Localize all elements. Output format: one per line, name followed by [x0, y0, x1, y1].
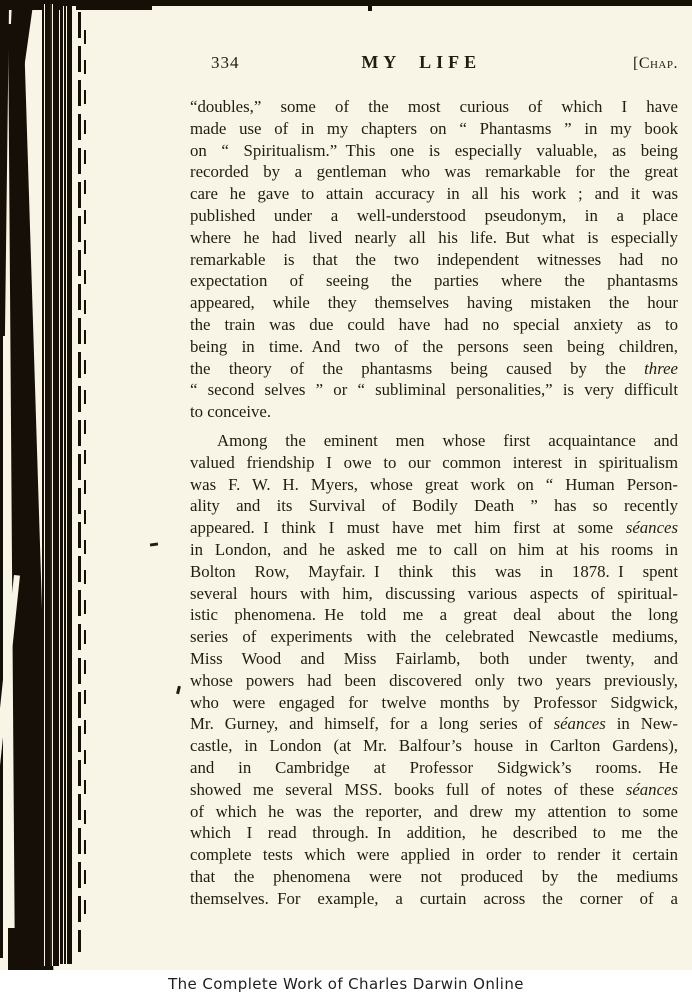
- caption-band: The Complete Work of Charles Darwin Onli…: [0, 970, 692, 998]
- text-line: ality and its Survival of Bodily Death ”…: [190, 495, 678, 517]
- text-line: the train was due could have had no spec…: [190, 314, 678, 336]
- scan-speck: [176, 686, 181, 694]
- scanned-book-page: 334 MY LIFE [Chap. “doubles,” some of th…: [0, 0, 692, 970]
- gutter-stripe: [84, 30, 86, 930]
- text-line: on “ Spiritualism.” This one is especial…: [190, 140, 678, 162]
- gutter-stripe: [78, 12, 81, 952]
- text-line: series of experiments with the celebrate…: [190, 626, 678, 648]
- scan-speck: [368, 6, 372, 11]
- text-line: showed me several MSS. books full of not…: [190, 779, 678, 801]
- text-line: made use of in my chapters on “ Phantasm…: [190, 118, 678, 140]
- text-line: recorded by a gentleman who was remarkab…: [190, 161, 678, 183]
- text-line: Among the eminent men whose first acquai…: [190, 430, 678, 452]
- page-header: 334 MY LIFE [Chap.: [190, 52, 678, 73]
- text-line: valued friendship I owe to our common in…: [190, 452, 678, 474]
- chapter-marker: [Chap.: [633, 55, 678, 73]
- text-line: complete tests which were applied in ord…: [190, 844, 678, 866]
- gutter-stripe: [0, 6, 3, 958]
- text-line: Mr. Gurney, and himself, for a long seri…: [190, 713, 678, 735]
- paragraph: Among the eminent men whose first acquai…: [190, 430, 678, 910]
- text-line: “ second selves ” or “ subliminal person…: [190, 379, 678, 401]
- text-line: of which he was the reporter, and drew m…: [190, 801, 678, 823]
- text-line: themselves. For example, a curtain acros…: [190, 888, 678, 910]
- text-line: istic phenomena. He told me a great deal…: [190, 604, 678, 626]
- text-line: where he had lived nearly all his life. …: [190, 227, 678, 249]
- page-text: “doubles,” some of the most curious of w…: [190, 96, 678, 909]
- gutter-stripe: [60, 6, 76, 964]
- text-line: who were engaged for twelve months by Pr…: [190, 692, 678, 714]
- text-line: remarkable is that the two independent w…: [190, 249, 678, 271]
- text-line: published under a well-understood pseudo…: [190, 205, 678, 227]
- text-line: and in Cambridge at Professor Sidgwick’s…: [190, 757, 678, 779]
- text-line: being in time. And two of the persons se…: [190, 336, 678, 358]
- text-line: Miss Wood and Miss Fairlamb, both under …: [190, 648, 678, 670]
- page-number: 334: [211, 53, 240, 73]
- text-line: Bolton Row, Mayfair. I think this was in…: [190, 561, 678, 583]
- text-line: which I read through. In addition, he de…: [190, 822, 678, 844]
- text-line: castle, in London (at Mr. Balfour’s hous…: [190, 735, 678, 757]
- text-line: that the phenomena were not produced by …: [190, 866, 678, 888]
- text-line: was F. W. H. Myers, whose great work on …: [190, 474, 678, 496]
- scan-gutter-artifact: [0, 0, 120, 970]
- running-title: MY LIFE: [240, 52, 633, 73]
- text-line: the theory of the phantasms being caused…: [190, 358, 678, 380]
- text-line: care he gave to attain accuracy in all h…: [190, 183, 678, 205]
- text-line: appeared, while they themselves having m…: [190, 292, 678, 314]
- scan-speck: [150, 542, 158, 546]
- gutter-stripe: [42, 4, 59, 966]
- text-line: whose powers had been discovered only tw…: [190, 670, 678, 692]
- text-line: “doubles,” some of the most curious of w…: [190, 96, 678, 118]
- text-line: to conceive.: [190, 401, 678, 423]
- text-line: several hours with him, discussing vario…: [190, 583, 678, 605]
- caption-text: The Complete Work of Charles Darwin Onli…: [168, 975, 524, 993]
- text-line: in London, and he asked me to call on hi…: [190, 539, 678, 561]
- text-line: expectation of seeing the parties where …: [190, 270, 678, 292]
- text-line: appeared. I think I must have met him fi…: [190, 517, 678, 539]
- paragraph: “doubles,” some of the most curious of w…: [190, 96, 678, 423]
